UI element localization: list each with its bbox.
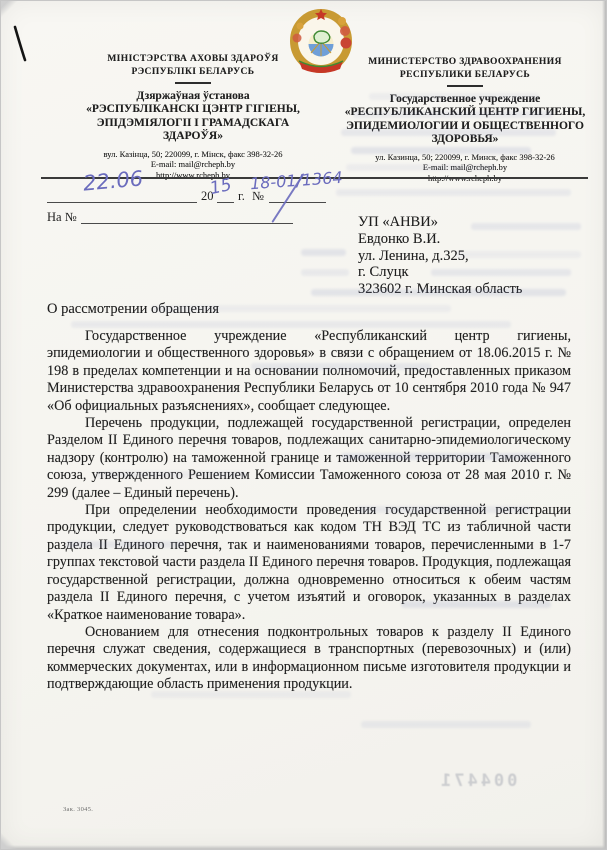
ministry-name-by-line2: РЭСПУБЛІКІ БЕЛАРУСЬ <box>59 66 327 79</box>
bleedthrough-streak <box>301 249 346 256</box>
bleedthrough-streak <box>341 129 556 136</box>
bleedthrough-streak <box>346 164 496 171</box>
bleedthrough-streak <box>353 111 553 118</box>
org-name-by-line2: ЭПІДЭМІЯЛОГІІ І ГРАМАДСКАГА <box>59 117 327 131</box>
bleedthrough-streak <box>151 305 451 312</box>
bleedthrough-streak <box>151 691 351 698</box>
year-label: г. <box>238 189 245 204</box>
body-paragraph-4: Основанием для отнесения подконтрольных … <box>47 624 571 694</box>
bleedthrough-streak <box>341 453 541 460</box>
bleedthrough-streak <box>66 541 186 548</box>
scan-edge-bottom <box>1 845 606 849</box>
bleedthrough-streak <box>431 269 571 276</box>
bleedthrough-streak <box>96 471 246 478</box>
bleedthrough-streak <box>311 289 566 296</box>
bleedthrough-streak <box>251 363 431 370</box>
divider <box>447 85 483 87</box>
org-email-by: E-mail: mail@rcheph.by <box>59 159 327 170</box>
bleedthrough-streak <box>471 223 581 230</box>
org-address-by: вул. Казінца, 50; 220099, г. Мінск, факс… <box>59 149 327 160</box>
bleedthrough-streak <box>351 147 531 154</box>
org-name-by-line3: ЗДАРОЎЯ» <box>59 130 327 144</box>
addressee-person: Евдонко В.И. <box>358 231 522 248</box>
org-type-by: Дзяржаўная ўстанова <box>59 89 327 103</box>
incoming-ref-label: На № <box>47 210 77 225</box>
bleedthrough-streak <box>301 269 349 276</box>
bleedthrough-streak <box>456 251 581 258</box>
scanned-letter-page: МІНІСТЭРСТВА АХОВЫ ЗДАРОЎЯ РЭСПУБЛІКІ БЕ… <box>0 0 607 850</box>
bleedthrough-streak <box>336 189 571 196</box>
ministry-name-ru-line2: РЕСПУБЛИКИ БЕЛАРУСЬ <box>337 69 593 82</box>
pen-mark <box>1 1 51 81</box>
body-paragraph-1: Государственное учреждение «Республиканс… <box>47 328 571 415</box>
org-name-by-line1: «РЭСПУБЛІКАНСКІ ЦЭНТР ГІГІЕНЫ, <box>59 103 327 117</box>
bleedthrough-streak <box>71 321 511 328</box>
letterhead-belarusian: МІНІСТЭРСТВА АХОВЫ ЗДАРОЎЯ РЭСПУБЛІКІ БЕ… <box>59 53 327 180</box>
bleedthrough-streak <box>356 506 531 513</box>
bleedthrough-streak <box>369 93 539 100</box>
scan-corner-bottom-left <box>1 823 27 849</box>
divider <box>175 82 211 84</box>
incoming-ref-blank <box>81 209 293 224</box>
bleedthrough-streak <box>361 721 531 728</box>
ministry-name-ru-line1: МИНИСТЕРСТВО ЗДРАВООХРАНЕНИЯ <box>337 56 593 69</box>
print-order-note: Зак. 3045. <box>63 806 93 813</box>
bleedthrough-streak <box>401 601 551 608</box>
scan-edge-right <box>602 1 606 849</box>
ministry-name-by-line1: МІНІСТЭРСТВА АХОВЫ ЗДАРОЎЯ <box>59 53 327 66</box>
bleedthrough-form-number: 004471 <box>438 771 517 791</box>
